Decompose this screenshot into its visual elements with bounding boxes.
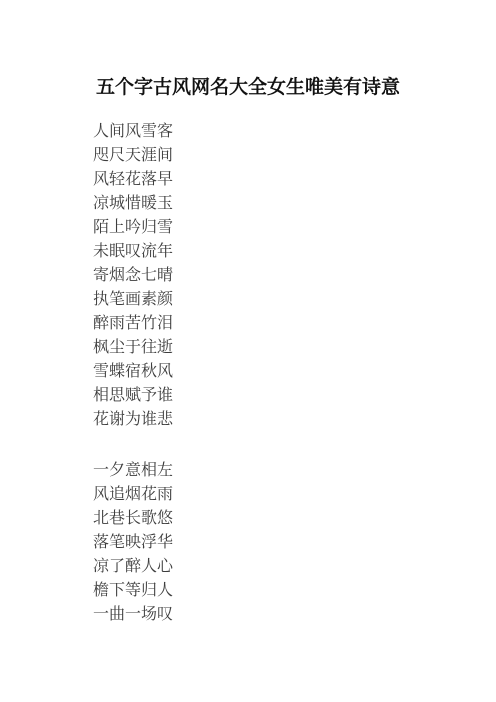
- document-page: 五个字古风网名大全女生唯美有诗意 人间风雪客 咫尺天涯间 风轻花落早 凉城惜暖玉…: [0, 0, 496, 702]
- name-list-item: 落笔映浮华: [93, 531, 496, 555]
- name-list-item: 陌上吟归雪: [93, 216, 496, 240]
- name-list-item: 凉城惜暖玉: [93, 192, 496, 216]
- name-list-item: 北巷长歌悠: [93, 507, 496, 531]
- page-title: 五个字古风网名大全女生唯美有诗意: [0, 0, 496, 100]
- name-list-item: 枫尘于往逝: [93, 336, 496, 360]
- name-list-item: 檐下等归人: [93, 579, 496, 603]
- name-list-item: 一曲一场叹: [93, 603, 496, 627]
- name-list-item: 风轻花落早: [93, 168, 496, 192]
- name-list-item: 一夕意相左: [93, 459, 496, 483]
- name-list-item: 咫尺天涯间: [93, 144, 496, 168]
- name-list: 人间风雪客 咫尺天涯间 风轻花落早 凉城惜暖玉 陌上吟归雪 未眠叹流年 寄烟念七…: [93, 120, 496, 627]
- name-list-item: 雪蝶宿秋风: [93, 360, 496, 384]
- name-list-item: 人间风雪客: [93, 120, 496, 144]
- name-list-item: 凉了醉人心: [93, 555, 496, 579]
- name-list-item: 寄烟念七晴: [93, 264, 496, 288]
- name-list-item: 风追烟花雨: [93, 483, 496, 507]
- name-list-item: 醉雨苦竹泪: [93, 312, 496, 336]
- name-group-1: 人间风雪客 咫尺天涯间 风轻花落早 凉城惜暖玉 陌上吟归雪 未眠叹流年 寄烟念七…: [93, 120, 496, 432]
- name-list-item: 花谢为谁悲: [93, 408, 496, 432]
- name-group-2: 一夕意相左 风追烟花雨 北巷长歌悠 落笔映浮华 凉了醉人心 檐下等归人 一曲一场…: [93, 459, 496, 627]
- name-list-item: 未眠叹流年: [93, 240, 496, 264]
- name-list-item: 相思赋予谁: [93, 384, 496, 408]
- name-list-item: 执笔画素颜: [93, 288, 496, 312]
